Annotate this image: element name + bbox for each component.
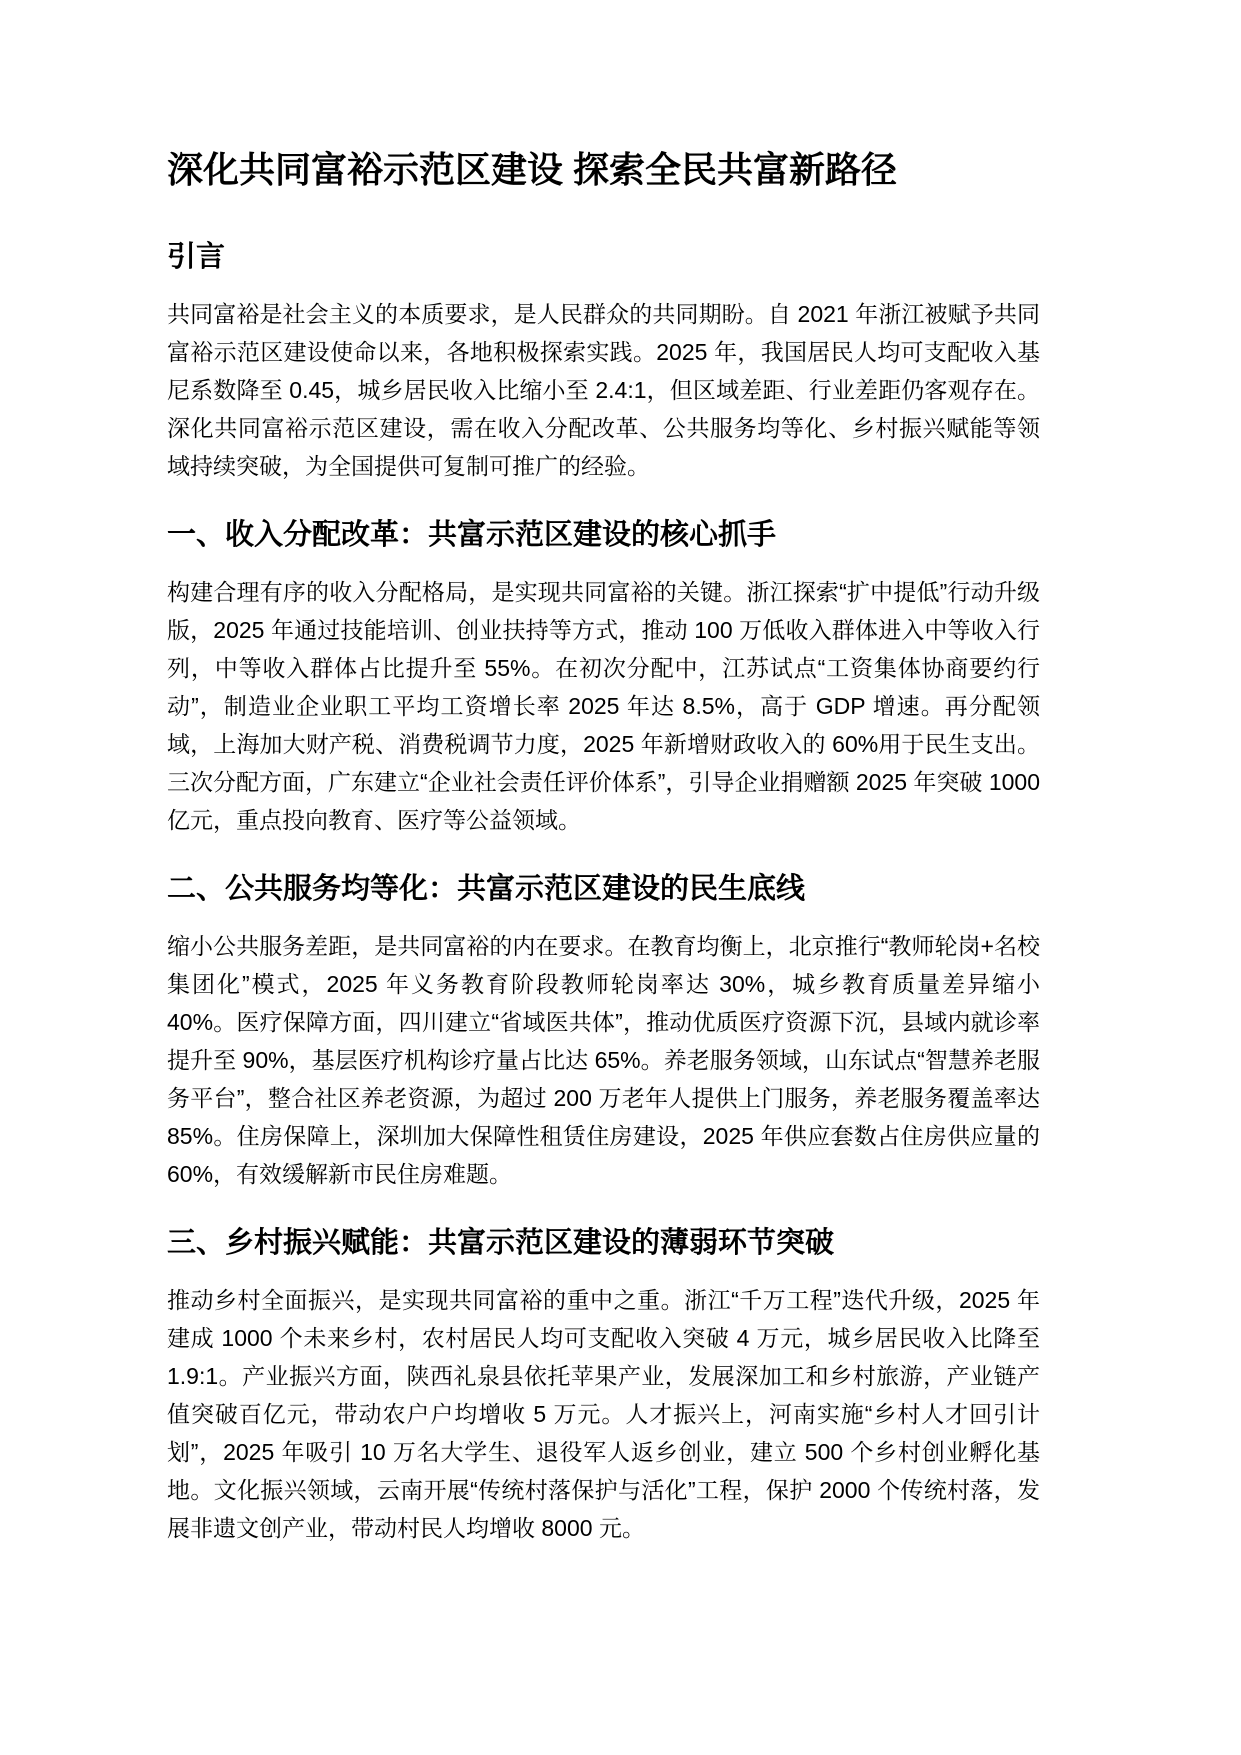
document-page: 深化共同富裕示范区建设 探索全民共富新路径 引言 共同富裕是社会主义的本质要求，…	[0, 0, 1241, 1755]
section-income-distribution: 一、收入分配改革：共富示范区建设的核心抓手 构建合理有序的收入分配格局，是实现共…	[167, 516, 1040, 839]
page-title: 深化共同富裕示范区建设 探索全民共富新路径	[167, 146, 1040, 193]
paragraph-public-services: 缩小公共服务差距，是共同富裕的内在要求。在教育均衡上，北京推行“教师轮岗+名校集…	[167, 927, 1040, 1193]
section-heading-public-services: 二、公共服务均等化：共富示范区建设的民生底线	[167, 870, 1040, 909]
section-public-services: 二、公共服务均等化：共富示范区建设的民生底线 缩小公共服务差距，是共同富裕的内在…	[167, 870, 1040, 1193]
paragraph-rural-revitalization: 推动乡村全面振兴，是实现共同富裕的重中之重。浙江“千万工程”迭代升级，2025 …	[167, 1281, 1040, 1547]
paragraph-income-distribution: 构建合理有序的收入分配格局，是实现共同富裕的关键。浙江探索“扩中提低”行动升级版…	[167, 573, 1040, 839]
section-heading-income-distribution: 一、收入分配改革：共富示范区建设的核心抓手	[167, 516, 1040, 555]
section-rural-revitalization: 三、乡村振兴赋能：共富示范区建设的薄弱环节突破 推动乡村全面振兴，是实现共同富裕…	[167, 1224, 1040, 1547]
section-heading-intro: 引言	[167, 238, 1040, 277]
section-heading-rural-revitalization: 三、乡村振兴赋能：共富示范区建设的薄弱环节突破	[167, 1224, 1040, 1263]
section-intro: 引言 共同富裕是社会主义的本质要求，是人民群众的共同期盼。自 2021 年浙江被…	[167, 238, 1040, 485]
paragraph-intro: 共同富裕是社会主义的本质要求，是人民群众的共同期盼。自 2021 年浙江被赋予共…	[167, 295, 1040, 485]
